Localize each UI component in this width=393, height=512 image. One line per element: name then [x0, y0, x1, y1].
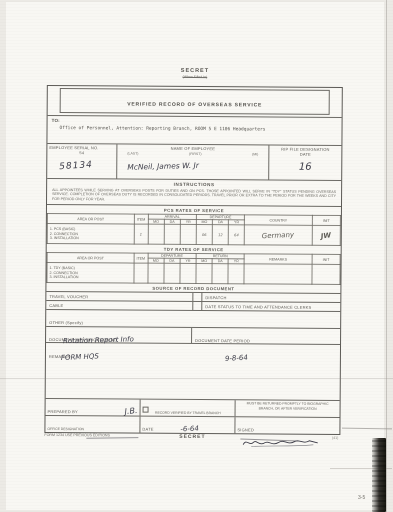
signed-label: SIGNED: [237, 428, 254, 433]
employee-name-label: NAME OF EMPLOYEE: [119, 145, 266, 151]
name-sub-last: (LAST): [127, 152, 138, 156]
dispatch-label: DISPATCH: [202, 293, 340, 302]
employee-serial-cell: EMPLOYEE SERIAL NO. 54 58134: [47, 144, 117, 178]
signoff-row1: PREPARED BY J.B. RECORD VERIFIED BY TRAV…: [46, 399, 340, 418]
signed-cell: SIGNED: [235, 418, 339, 435]
paper-edge-line: [386, 0, 387, 512]
employee-name-cell: NAME OF EMPLOYEE (LAST) (FIRST) (MI) McN…: [117, 144, 269, 179]
pcs-init-handwriting: JW: [320, 231, 331, 240]
attendance-label: DATE STATUS TO TIME AND ATTENDANCE CLERK…: [202, 302, 340, 311]
pcs-area-header: AREA OR POST: [47, 214, 134, 225]
tdy-remarks-value: [244, 264, 312, 284]
addressee-section: TO: Office of Personnel, Attention: Repo…: [47, 116, 341, 146]
to-value: Office of Personnel, Attention: Reportin…: [60, 126, 338, 133]
tdy-dep-yr-value: [180, 264, 196, 284]
prepared-by-label: PREPARED BY: [48, 409, 78, 414]
footer-right-mark: (41): [332, 436, 338, 440]
employee-name-value: McNeil, James W. Jr: [127, 161, 199, 172]
pcs-init-header: INIT: [312, 216, 340, 226]
form-title-box: VERIFIED RECORD OF OVERSEAS SERVICE: [60, 88, 330, 115]
cable-label: CABLE: [46, 301, 192, 310]
pcs-init-value: JW: [312, 226, 340, 246]
scan-content: SECRET (When Filled In) VERIFIED RECORD …: [0, 0, 393, 512]
instructions-body: ALL APPOINTEES WHILE SERVING AT OVERSEAS…: [52, 188, 336, 203]
pcs-country-value: Germany: [244, 225, 312, 245]
doc-date-label: DOCUMENT DATE PERIOD: [195, 338, 250, 343]
fold-crease-upper: [0, 378, 393, 379]
date-cell: DATE -6-64: [140, 417, 235, 434]
page-number: 3-5: [358, 495, 365, 501]
name-sub-first: (FIRST): [189, 152, 201, 156]
pcs-item-header: ITEM: [134, 215, 148, 225]
travel-voucher-label: TRAVEL VOUCHER: [46, 292, 192, 301]
secret-stamp-top-subtitle: (When Filled In): [47, 74, 343, 80]
employee-serial-value: 58134: [59, 160, 93, 172]
pcs-arr-yr-value: [180, 225, 196, 245]
employee-section: EMPLOYEE SERIAL NO. 54 58134 NAME OF EMP…: [47, 144, 341, 181]
other-value-handwriting: Rotation Report Info: [63, 336, 134, 346]
prepared-by-handwriting: J.B.: [124, 406, 138, 416]
record-verified-label: RECORD VERIFIED BY TRAVEL BRANCH: [155, 411, 221, 415]
scan-binding-shadow: [372, 438, 386, 512]
tdy-init-value: [312, 265, 340, 285]
tdy-table: AREA OR POST ITEM DEPARTURE RETURN REMAR…: [46, 252, 340, 285]
cable-checkbox: [192, 302, 202, 310]
pcs-country-handwriting: Germany: [262, 231, 295, 240]
pcs-data-row: 1. PCS (BASIC) 2. CONNECTION 3. INSTALLA…: [47, 224, 340, 246]
file-date-label: DATE: [271, 152, 339, 157]
pcs-country-header: COUNTRY: [245, 215, 313, 225]
tdy-ret-da-value: [212, 264, 228, 284]
pcs-area-cell: 1. PCS (BASIC) 2. CONNECTION 3. INSTALLA…: [47, 224, 134, 245]
form-footer: FORM 1234 USE PREVIOUS EDITIONS SECRET (…: [44, 433, 340, 445]
source-row-other: OTHER (Specify) Rotation Report Info: [46, 310, 340, 329]
tdy-data-row: 1. TDY (BASIC) 2. CONNECTION 3. INSTALLA…: [47, 263, 340, 285]
travel-voucher-checkbox: [192, 293, 202, 301]
date-label: DATE: [142, 427, 153, 432]
file-date-value: 16: [299, 162, 312, 173]
pcs-dep-yr-value: 64: [228, 225, 244, 245]
employee-name-sublabels: (LAST) (FIRST) (MI): [119, 151, 266, 156]
tdy-remarks-header: REMARKS: [244, 254, 312, 264]
overseas-service-form: VERIFIED RECORD OF OVERSEAS SERVICE TO: …: [44, 85, 342, 436]
pcs-dep-mo-value: 06: [196, 225, 212, 245]
pcs-item-value: 1: [134, 225, 148, 245]
tdy-area-cell: 1. TDY (BASIC) 2. CONNECTION 3. INSTALLA…: [47, 263, 134, 284]
name-sub-middle: (MI): [252, 152, 258, 156]
pcs-arr-mo-value: [148, 225, 164, 245]
pcs-dep-da-value: 12: [212, 225, 228, 245]
employee-file-cell: RIP FILE DESIGNATION DATE 16: [269, 146, 341, 181]
tdy-area-line3: 3. INSTALLATION: [49, 275, 131, 280]
return-notice-line2: BRANCH, OP, AFTER VERIFICATION: [238, 406, 338, 411]
pcs-arr-da-value: [164, 225, 180, 245]
pcs-table: AREA OR POST ITEM ARRIVAL DEPARTURE COUN…: [47, 213, 341, 246]
to-label: TO:: [52, 118, 338, 125]
tdy-item-value: [134, 264, 148, 284]
doc-date-value-handwriting: 9-8-64: [225, 354, 248, 363]
prepared-by-cell: PREPARED BY J.B.: [46, 399, 141, 416]
doc-date-cell: DOCUMENT DATE PERIOD 9-8-64: [192, 328, 340, 344]
pcs-area-line3: 3. INSTALLATION: [50, 236, 132, 241]
instructions-section: INSTRUCTIONS ALL APPOINTEES WHILE SERVIN…: [47, 179, 341, 208]
employee-serial-code: 54: [49, 150, 114, 155]
verified-checkbox: [143, 407, 149, 413]
doc-id-value-handwriting: FORM HQS: [61, 353, 99, 363]
classification-header: SECRET (When Filled In): [47, 67, 343, 80]
office-designation-label: OFFICE DESIGNATION: [47, 427, 84, 431]
form-title-bar: VERIFIED RECORD OF OVERSEAS SERVICE: [48, 86, 342, 118]
tdy-area-header: AREA OR POST: [47, 253, 134, 264]
form-title: VERIFIED RECORD OF OVERSEAS SERVICE: [127, 101, 262, 108]
tdy-init-header: INIT: [312, 255, 340, 265]
tdy-dep-da-value: [164, 264, 180, 284]
office-designation-cell: OFFICE DESIGNATION: [45, 416, 140, 433]
signoff-row2: OFFICE DESIGNATION DATE -6-64 SIGNED: [45, 416, 339, 434]
tdy-dep-mo-value: [148, 264, 164, 284]
date-value-handwriting: -6-64: [180, 425, 199, 434]
tdy-ret-yr-value: [228, 264, 244, 284]
return-notice-cell: MUST BE RETURNED PROMPTLY TO BIOGRAPHIC …: [236, 401, 340, 418]
tdy-item-header: ITEM: [134, 254, 148, 264]
tdy-ret-mo-value: [196, 264, 212, 284]
record-verified-cell: RECORD VERIFIED BY TRAVEL BRANCH: [141, 400, 236, 417]
other-label: OTHER (Specify): [49, 320, 83, 325]
instructions-title: INSTRUCTIONS: [52, 181, 336, 188]
